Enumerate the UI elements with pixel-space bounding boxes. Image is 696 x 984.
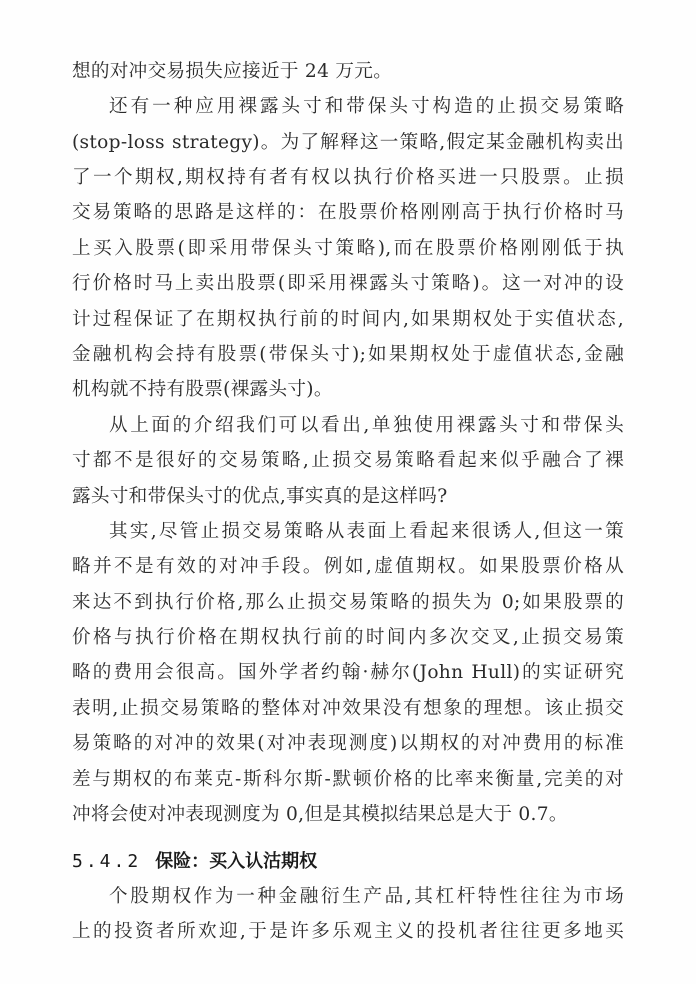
book-page: 想的对冲交易损失应接近于 24 万元。 还有一种应用裸露头寸和带保头寸构造的止损… [0, 0, 696, 984]
text-line: 表明,止损交易策略的整体对冲效果没有想象的理想。该止损交 [72, 697, 624, 721]
text-line: 露头寸和带保头寸的优点,事实真的是这样吗? [72, 485, 624, 509]
text-line: 行价格时马上卖出股票(即采用裸露头寸策略)。这一对冲的设 [72, 272, 624, 296]
text-line: 计过程保证了在期权执行前的时间内,如果期权处于实值状态, [72, 308, 624, 332]
text-line: 机构就不持有股票(裸露头寸)。 [72, 378, 624, 402]
text-line: 易策略的对冲的效果(对冲表现测度)以期权的对冲费用的标准 [72, 732, 624, 756]
text-line: 略的费用会很高。国外学者约翰·赫尔(John Hull)的实证研究 [72, 661, 624, 685]
text-line: 价格与执行价格在期权执行前的时间内多次交叉,止损交易策 [72, 626, 624, 650]
text-line: 交易策略的思路是这样的：在股票价格刚刚高于执行价格时马 [72, 201, 624, 225]
text-line: 金融机构会持有股票(带保头寸);如果期权处于虚值状态,金融 [72, 343, 624, 367]
text-line: 了一个期权,期权持有者有权以执行价格买进一只股票。止损 [72, 166, 624, 190]
text-line: 冲将会使对冲表现测度为 0,但是其模拟结果总是大于 0.7。 [72, 803, 624, 827]
text-line: 从上面的介绍我们可以看出,单独使用裸露头寸和带保头 [109, 414, 624, 438]
section-title: 保险：买入认沽期权 [155, 851, 317, 872]
text-line: 其实,尽管止损交易策略从表面上看起来很诱人,但这一策 [109, 520, 624, 544]
section-number: 5.4.2 [72, 851, 141, 872]
text-line: 上的投资者所欢迎,于是许多乐观主义的投机者往往更多地买 [72, 920, 624, 944]
text-line: 个股期权作为一种金融衍生产品,其杠杆特性往往为市场 [109, 885, 624, 909]
text-line: 寸都不是很好的交易策略,止损交易策略看起来似乎融合了裸 [72, 449, 624, 473]
text-line: 上买入股票(即采用带保头寸策略),而在股票价格刚刚低于执 [72, 237, 624, 261]
text-line: 来达不到执行价格,那么止损交易策略的损失为 0;如果股票的 [72, 591, 624, 615]
text-line: 还有一种应用裸露头寸和带保头寸构造的止损交易策略 [109, 95, 624, 119]
section-heading: 5.4.2保险：买入认沽期权 [72, 850, 317, 874]
text-line: 想的对冲交易损失应接近于 24 万元。 [72, 60, 624, 84]
text-line: 略并不是有效的对冲手段。例如,虚值期权。如果股票价格从 [72, 555, 624, 579]
text-line: (stop-loss strategy)。为了解释这一策略,假定某金融机构卖出 [72, 131, 624, 155]
text-line: 差与期权的布莱克-斯科尔斯-默顿价格的比率来衡量,完美的对 [72, 768, 624, 792]
